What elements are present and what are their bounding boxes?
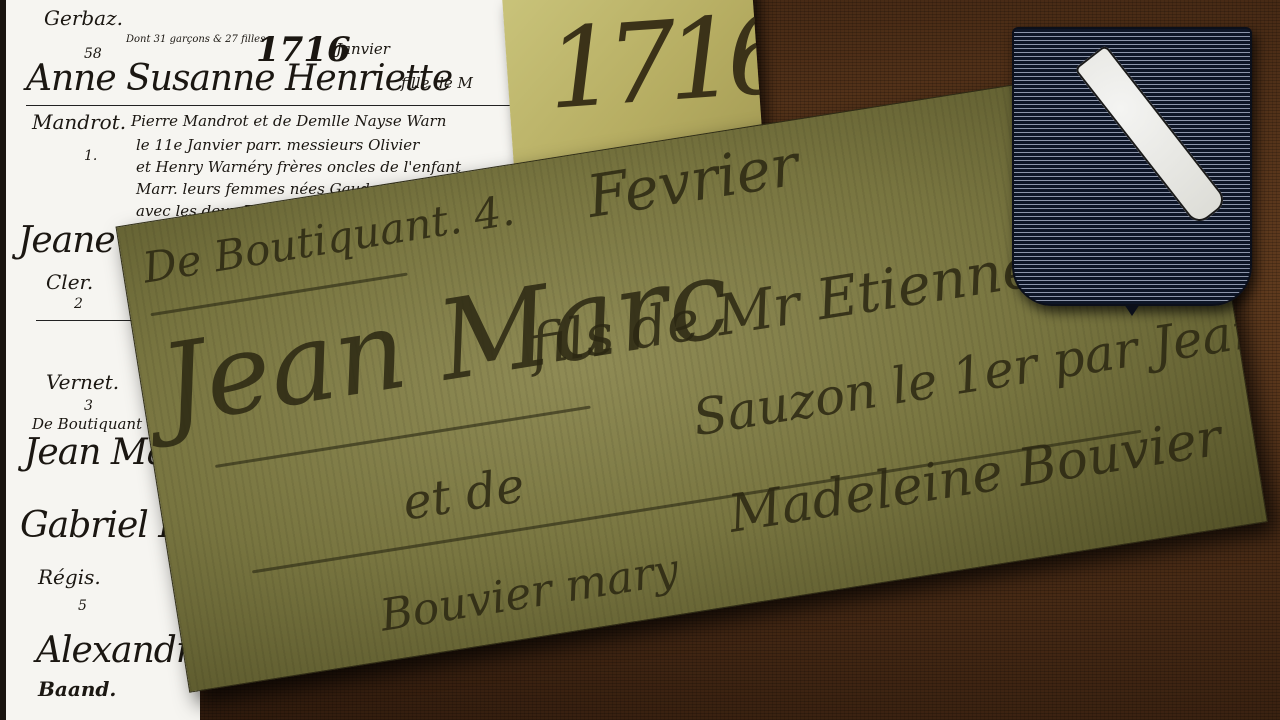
register-surname-gerbaz: Gerbaz. <box>44 6 123 30</box>
register-text-1: fille de M <box>401 74 473 92</box>
register-name-1: Anne Susanne Henriette <box>26 58 452 99</box>
coat-of-arms <box>1012 27 1252 306</box>
card-text-3: et de <box>399 457 528 531</box>
register-text-2: Pierre Mandrot et de Demlle Nayse Warn <box>131 112 446 130</box>
register-count-note: Dont 31 garçons & 27 filles <box>126 34 265 45</box>
register-surname-5: Régis. <box>38 565 101 589</box>
register-surname-4: De Boutiquant <box>32 415 142 433</box>
register-num-2: 2 <box>74 296 83 312</box>
register-text-4: et Henry Warnéry frères oncles de l'enfa… <box>136 158 461 176</box>
register-num-1: 1. <box>84 148 97 164</box>
register-surname-6: Baand. <box>38 677 116 701</box>
year-snippet-text: 1716 <box>543 0 764 134</box>
register-surname-1: Mandrot. <box>32 110 126 134</box>
register-num-3: 3 <box>84 398 93 414</box>
register-text-3: le 11e Janvier parr. messieurs Olivier <box>136 136 419 154</box>
register-num-5: 5 <box>78 598 87 614</box>
register-month: Janvier <box>336 40 390 58</box>
register-surname-2: Cler. <box>46 270 93 294</box>
register-surname-3: Vernet. <box>46 370 119 394</box>
register-name-4: Jean Ma <box>24 432 167 473</box>
arm-icon <box>1074 44 1229 226</box>
